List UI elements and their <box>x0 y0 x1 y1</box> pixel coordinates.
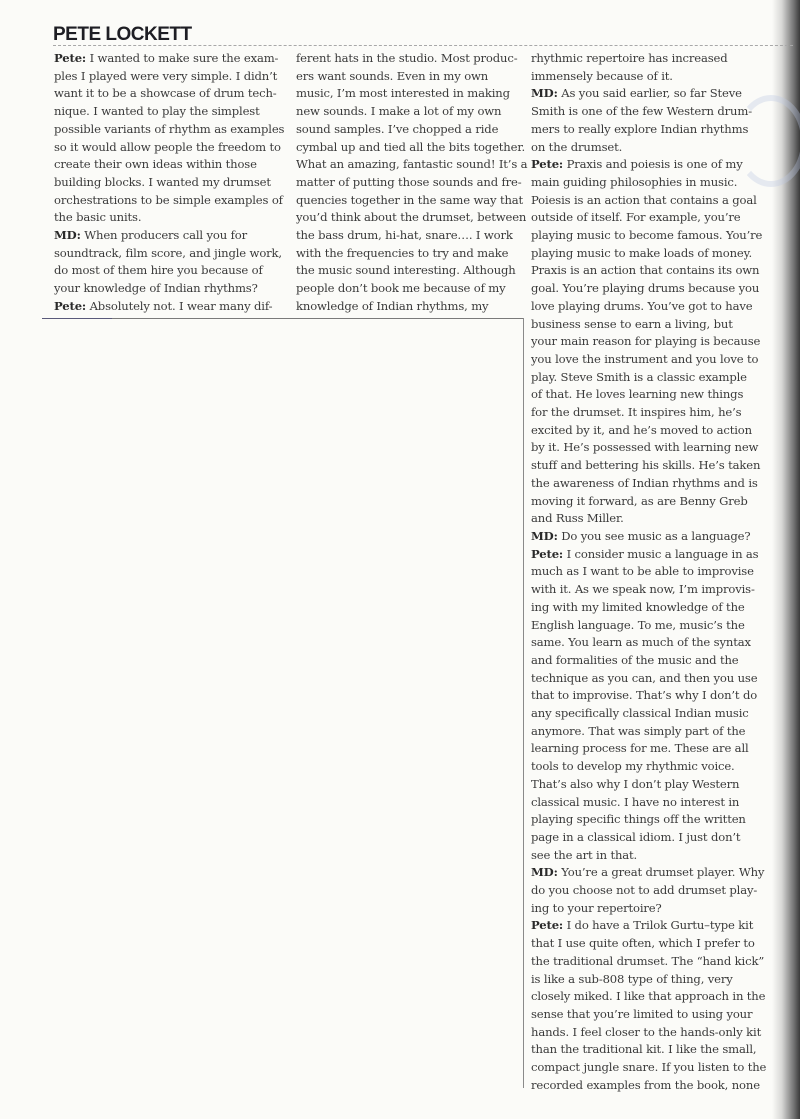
text-line: ferent hats in the studio. Most produc- <box>296 50 526 68</box>
text-line: rhythmic repertoire has increased <box>531 50 771 68</box>
line-text: on the drumset. <box>531 140 622 154</box>
text-line: closely miked. I like that approach in t… <box>531 988 771 1006</box>
page-header-title: PETE LOCKETT <box>53 24 192 46</box>
text-line: anymore. That was simply part of the <box>531 723 771 741</box>
line-text: of that. He loves learning new things <box>531 387 743 401</box>
text-line: Praxis is an action that contains its ow… <box>531 262 771 280</box>
text-line: building blocks. I wanted my drumset <box>54 174 284 192</box>
line-text: matter of putting those sounds and fre- <box>296 175 522 189</box>
text-line: playing music to become famous. You’re <box>531 227 771 245</box>
line-text: I consider music a language in as <box>563 547 758 561</box>
line-text: create their own ideas within those <box>54 157 257 171</box>
line-text: your knowledge of Indian rhythms? <box>54 281 258 295</box>
line-text: ing with my limited knowledge of the <box>531 600 745 614</box>
text-line: outside of itself. For example, you’re <box>531 209 771 227</box>
line-text: by it. He’s possessed with learning new <box>531 440 758 454</box>
line-text: moving it forward, as are Benny Greb <box>531 494 748 508</box>
text-line: stuff and bettering his skills. He’s tak… <box>531 457 771 475</box>
text-line: do you choose not to add drumset play- <box>531 882 771 900</box>
line-text: When producers call you for <box>81 228 247 242</box>
line-text: see the art in that. <box>531 848 637 862</box>
header-divider <box>53 45 793 46</box>
text-line: the traditional drumset. The “hand kick” <box>531 953 771 971</box>
line-text: cymbal up and tied all the bits together… <box>296 140 525 154</box>
text-line: quencies together in the same way that <box>296 192 526 210</box>
line-text: than the traditional kit. I like the sma… <box>531 1042 756 1056</box>
text-line: playing music to make loads of money. <box>531 245 771 263</box>
text-line: your knowledge of Indian rhythms? <box>54 280 284 298</box>
text-line: the awareness of Indian rhythms and is <box>531 475 771 493</box>
text-line: MD: You’re a great drumset player. Why <box>531 864 771 882</box>
line-text: the music sound interesting. Although <box>296 263 516 277</box>
text-line: music, I’m most interested in making <box>296 85 526 103</box>
text-line: moving it forward, as are Benny Greb <box>531 493 771 511</box>
line-text: Do you see music as a language? <box>558 529 751 543</box>
text-line: want it to be a showcase of drum tech- <box>54 85 284 103</box>
text-line: Pete: Praxis and poiesis is one of my <box>531 156 771 174</box>
line-text: anymore. That was simply part of the <box>531 724 745 738</box>
text-line: That’s also why I don’t play Western <box>531 776 771 794</box>
text-line: do most of them hire you because of <box>54 262 284 280</box>
line-text: playing specific things off the written <box>531 812 746 826</box>
speaker-label: Pete: <box>54 299 86 313</box>
line-text: I do have a Trilok Gurtu–type kit <box>563 918 753 932</box>
text-line: the music sound interesting. Although <box>296 262 526 280</box>
line-text: main guiding philosophies in music. <box>531 175 737 189</box>
text-line: mers to really explore Indian rhythms <box>531 121 771 139</box>
text-line: love playing drums. You’ve got to have <box>531 298 771 316</box>
text-line: MD: As you said earlier, so far Steve <box>531 85 771 103</box>
line-text: excited by it, and he’s moved to action <box>531 423 752 437</box>
line-text: outside of itself. For example, you’re <box>531 210 741 224</box>
text-line: Pete: I wanted to make sure the exam- <box>54 50 284 68</box>
line-text: want it to be a showcase of drum tech- <box>54 86 277 100</box>
text-line: tools to develop my rhythmic voice. <box>531 758 771 776</box>
speaker-label: MD: <box>531 529 558 543</box>
line-text: that to improvise. That’s why I don’t do <box>531 688 757 702</box>
text-line: that to improvise. That’s why I don’t do <box>531 687 771 705</box>
text-line: new sounds. I make a lot of my own <box>296 103 526 121</box>
line-text: so it would allow people the freedom to <box>54 140 281 154</box>
line-text: ferent hats in the studio. Most produc- <box>296 51 517 65</box>
line-text: Poiesis is an action that contains a goa… <box>531 193 757 207</box>
text-line: ples I played were very simple. I didn’t <box>54 68 284 86</box>
text-line: with the frequencies to try and make <box>296 245 526 263</box>
article-column-1: Pete: I wanted to make sure the exam-ple… <box>54 50 284 316</box>
line-text: quencies together in the same way that <box>296 193 523 207</box>
line-text: soundtrack, film score, and jingle work, <box>54 246 282 260</box>
text-line: the basic units. <box>54 209 284 227</box>
line-text: tools to develop my rhythmic voice. <box>531 759 735 773</box>
text-line: so it would allow people the freedom to <box>54 139 284 157</box>
line-text: compact jungle snare. If you listen to t… <box>531 1060 766 1074</box>
text-line: playing specific things off the written <box>531 811 771 829</box>
line-text: As you said earlier, so far Steve <box>558 86 742 100</box>
line-text: the awareness of Indian rhythms and is <box>531 476 758 490</box>
text-line: the bass drum, hi-hat, snare…. I work <box>296 227 526 245</box>
text-line: you love the instrument and you love to <box>531 351 771 369</box>
line-text: nique. I wanted to play the simplest <box>54 104 260 118</box>
text-line: excited by it, and he’s moved to action <box>531 422 771 440</box>
text-line: with it. As we speak now, I’m improvis- <box>531 581 771 599</box>
article-column-3: rhythmic repertoire has increasedimmense… <box>531 50 771 1094</box>
line-text: English language. To me, music’s the <box>531 618 745 632</box>
line-text: do most of them hire you because of <box>54 263 263 277</box>
text-line: same. You learn as much of the syntax <box>531 634 771 652</box>
text-line: English language. To me, music’s the <box>531 617 771 635</box>
text-line: matter of putting those sounds and fre- <box>296 174 526 192</box>
line-text: knowledge of Indian rhythms, my <box>296 299 488 313</box>
text-line: immensely because of it. <box>531 68 771 86</box>
box-border-accent <box>42 318 112 319</box>
line-text: ing to your repertoire? <box>531 901 662 915</box>
line-text: orchestrations to be simple examples of <box>54 193 283 207</box>
text-line: of that. He loves learning new things <box>531 386 771 404</box>
text-line: Pete: Absolutely not. I wear many dif- <box>54 298 284 316</box>
text-line: play. Steve Smith is a classic example <box>531 369 771 387</box>
line-text: Absolutely not. I wear many dif- <box>86 299 272 313</box>
text-line: ers want sounds. Even in my own <box>296 68 526 86</box>
line-text: rhythmic repertoire has increased <box>531 51 728 65</box>
text-line: compact jungle snare. If you listen to t… <box>531 1059 771 1077</box>
text-line: recorded examples from the book, none <box>531 1077 771 1095</box>
line-text: possible variants of rhythm as examples <box>54 122 284 136</box>
text-line: that I use quite often, which I prefer t… <box>531 935 771 953</box>
text-line: nique. I wanted to play the simplest <box>54 103 284 121</box>
line-text: your main reason for playing is because <box>531 334 760 348</box>
line-text: You’re a great drumset player. Why <box>558 865 765 879</box>
text-line: MD: When producers call you for <box>54 227 284 245</box>
line-text: the traditional drumset. The “hand kick” <box>531 954 764 968</box>
line-text: technique as you can, and then you use <box>531 671 757 685</box>
text-line: see the art in that. <box>531 847 771 865</box>
line-text: any specifically classical Indian music <box>531 706 749 720</box>
line-text: immensely because of it. <box>531 69 673 83</box>
text-line: main guiding philosophies in music. <box>531 174 771 192</box>
text-line: knowledge of Indian rhythms, my <box>296 298 526 316</box>
line-text: you love the instrument and you love to <box>531 352 758 366</box>
line-text: that I use quite often, which I prefer t… <box>531 936 755 950</box>
text-line: people don’t book me because of my <box>296 280 526 298</box>
line-text: and Russ Miller. <box>531 511 624 525</box>
text-line: soundtrack, film score, and jingle work, <box>54 245 284 263</box>
line-text: and formalities of the music and the <box>531 653 738 667</box>
text-line: sound samples. I’ve chopped a ride <box>296 121 526 139</box>
speaker-label: Pete: <box>531 918 563 932</box>
line-text: goal. You’re playing drums because you <box>531 281 759 295</box>
text-line: possible variants of rhythm as examples <box>54 121 284 139</box>
text-line: you’d think about the drumset, between <box>296 209 526 227</box>
speaker-label: Pete: <box>531 157 563 171</box>
box-border-top <box>42 318 524 319</box>
text-line: goal. You’re playing drums because you <box>531 280 771 298</box>
box-border-right <box>523 318 524 1088</box>
line-text: the bass drum, hi-hat, snare…. I work <box>296 228 513 242</box>
text-line: than the traditional kit. I like the sma… <box>531 1041 771 1059</box>
text-line: technique as you can, and then you use <box>531 670 771 688</box>
text-line: ing with my limited knowledge of the <box>531 599 771 617</box>
line-text: much as I want to be able to improvise <box>531 564 754 578</box>
line-text: What an amazing, fantastic sound! It’s a <box>296 157 527 171</box>
line-text: business sense to earn a living, but <box>531 317 733 331</box>
text-line: Poiesis is an action that contains a goa… <box>531 192 771 210</box>
line-text: classical music. I have no interest in <box>531 795 739 809</box>
text-line: MD: Do you see music as a language? <box>531 528 771 546</box>
line-text: Praxis is an action that contains its ow… <box>531 263 759 277</box>
line-text: sense that you’re limited to using your <box>531 1007 752 1021</box>
line-text: sound samples. I’ve chopped a ride <box>296 122 498 136</box>
text-line: classical music. I have no interest in <box>531 794 771 812</box>
text-line: page in a classical idiom. I just don’t <box>531 829 771 847</box>
text-line: much as I want to be able to improvise <box>531 563 771 581</box>
speaker-label: Pete: <box>54 51 86 65</box>
line-text: ers want sounds. Even in my own <box>296 69 488 83</box>
line-text: for the drumset. It inspires him, he’s <box>531 405 741 419</box>
line-text: Smith is one of the few Western drum- <box>531 104 752 118</box>
line-text: you’d think about the drumset, between <box>296 210 526 224</box>
line-text: with it. As we speak now, I’m improvis- <box>531 582 755 596</box>
line-text: playing music to make loads of money. <box>531 246 752 260</box>
line-text: learning process for me. These are all <box>531 741 749 755</box>
text-line: for the drumset. It inspires him, he’s <box>531 404 771 422</box>
text-line: any specifically classical Indian music <box>531 705 771 723</box>
line-text: That’s also why I don’t play Western <box>531 777 739 791</box>
line-text: I wanted to make sure the exam- <box>86 51 278 65</box>
line-text: Praxis and poiesis is one of my <box>563 157 743 171</box>
text-line: hands. I feel closer to the hands-only k… <box>531 1024 771 1042</box>
speaker-label: MD: <box>54 228 81 242</box>
line-text: building blocks. I wanted my drumset <box>54 175 271 189</box>
text-line: Pete: I do have a Trilok Gurtu–type kit <box>531 917 771 935</box>
line-text: same. You learn as much of the syntax <box>531 635 751 649</box>
line-text: ples I played were very simple. I didn’t <box>54 69 277 83</box>
line-text: mers to really explore Indian rhythms <box>531 122 748 136</box>
text-line: orchestrations to be simple examples of <box>54 192 284 210</box>
line-text: playing music to become famous. You’re <box>531 228 762 242</box>
text-line: cymbal up and tied all the bits together… <box>296 139 526 157</box>
line-text: new sounds. I make a lot of my own <box>296 104 501 118</box>
text-line: on the drumset. <box>531 139 771 157</box>
text-line: your main reason for playing is because <box>531 333 771 351</box>
line-text: hands. I feel closer to the hands-only k… <box>531 1025 761 1039</box>
text-line: and formalities of the music and the <box>531 652 771 670</box>
text-line: is like a sub-808 type of thing, very <box>531 971 771 989</box>
line-text: with the frequencies to try and make <box>296 246 508 260</box>
text-line: learning process for me. These are all <box>531 740 771 758</box>
text-line: Smith is one of the few Western drum- <box>531 103 771 121</box>
line-text: the basic units. <box>54 210 141 224</box>
text-line: What an amazing, fantastic sound! It’s a <box>296 156 526 174</box>
text-line: by it. He’s possessed with learning new <box>531 439 771 457</box>
speaker-label: MD: <box>531 86 558 100</box>
line-text: stuff and bettering his skills. He’s tak… <box>531 458 760 472</box>
line-text: play. Steve Smith is a classic example <box>531 370 747 384</box>
line-text: page in a classical idiom. I just don’t <box>531 830 740 844</box>
article-column-2: ferent hats in the studio. Most produc-e… <box>296 50 526 316</box>
text-line: ing to your repertoire? <box>531 900 771 918</box>
line-text: recorded examples from the book, none <box>531 1078 760 1092</box>
line-text: music, I’m most interested in making <box>296 86 510 100</box>
text-line: Pete: I consider music a language in as <box>531 546 771 564</box>
speaker-label: MD: <box>531 865 558 879</box>
line-text: love playing drums. You’ve got to have <box>531 299 752 313</box>
text-line: create their own ideas within those <box>54 156 284 174</box>
line-text: closely miked. I like that approach in t… <box>531 989 765 1003</box>
line-text: people don’t book me because of my <box>296 281 506 295</box>
line-text: do you choose not to add drumset play- <box>531 883 757 897</box>
text-line: sense that you’re limited to using your <box>531 1006 771 1024</box>
text-line: and Russ Miller. <box>531 510 771 528</box>
text-line: business sense to earn a living, but <box>531 316 771 334</box>
line-text: is like a sub-808 type of thing, very <box>531 972 733 986</box>
speaker-label: Pete: <box>531 547 563 561</box>
